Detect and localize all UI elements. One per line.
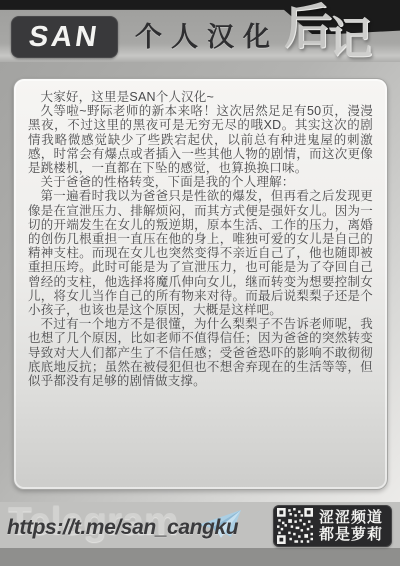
san-logo: SAN [11,16,118,58]
header: SAN 个人汉化 后 记 [0,0,400,62]
afterword-page: SAN 个人汉化 后 记 大家好，这里是SAN个人汉化~ 久等啦~野际老师的新本… [0,0,400,566]
qr-caption: 涩涩频道 都是萝莉 [319,509,383,543]
qr-panel: 涩涩频道 都是萝莉 [273,505,392,547]
telegram-link[interactable]: https://t.me/san_cangku [7,516,238,540]
interpretation-paragraph: 第一遍看时我以为爸爸只是性欲的爆发，但再看之后发现更像是在宣泄压力、排解烦闷，而… [28,189,373,317]
bottom-bar [0,548,400,566]
afterword-text-panel: 大家好，这里是SAN个人汉化~ 久等啦~野际老师的新本来咯！这次居然足足有50页… [13,78,388,490]
afterword-label-char-ji: 记 [328,17,372,61]
qr-code-icon [277,508,313,544]
san-logo-text: SAN [27,23,101,52]
qr-caption-line-2: 都是萝莉 [319,526,383,543]
page-title: 个人汉化 [135,24,279,51]
qr-caption-line-1: 涩涩频道 [319,509,383,526]
main-area: 大家好，这里是SAN个人汉化~ 久等啦~野际老师的新本来咯！这次居然足足有50页… [0,62,400,502]
question-paragraph: 不过有一个地方不是很懂，为什么梨梨子不告诉老师呢，我也想了几个原因，比如老师不值… [28,317,373,388]
greeting-paragraph: 大家好，这里是SAN个人汉化~ [28,90,373,104]
footer: Telegram https://t.me/san_cangku [0,502,400,548]
logo-row: SAN 个人汉化 [11,16,279,58]
afterword-label-char-hou: 后 [284,4,332,52]
topic-intro-paragraph: 关于爸爸的性格转变，下面是我的个人理解： [28,175,373,189]
release-comment-paragraph: 久等啦~野际老师的新本来咯！这次居然足足有50页，漫漫黑夜，不过这里的黑夜可是无… [28,104,373,175]
